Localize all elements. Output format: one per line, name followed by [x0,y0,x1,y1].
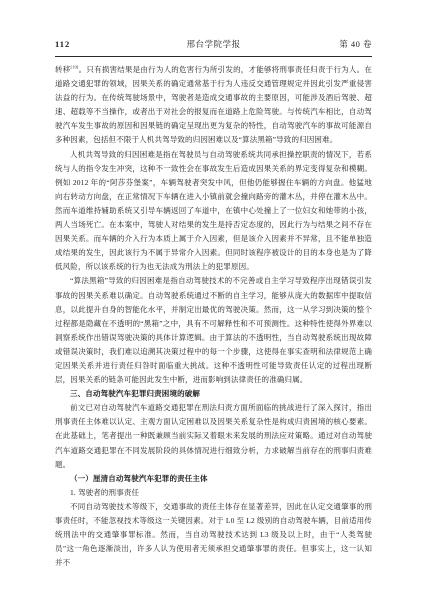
paragraph-continuation: 转移[19]。只有损害结果是由行为人的危害行为所引发的，才能够将刑事责任归责于行… [55,63,372,148]
article-body: 转移[19]。只有损害结果是由行为人的危害行为所引发的，才能够将刑事责任归责于行… [55,63,372,570]
numbered-subheading: 1. 驾驶者的刑事责任 [55,486,372,500]
page-number: 112 [55,39,125,49]
citation-reference: [19] [70,65,78,70]
paragraph-lead-text: 转移 [55,65,70,74]
paragraph-human-machine-codriving: 人机共驾导致的归因困难是指在驾驶员与自动驾驶系统共同承担操控职责的情况下，若系统… [55,148,372,275]
subsection-heading: （一）厘清自动驾驶汽车犯罪的责任主体 [55,472,372,486]
paragraph-algorithm-blackbox: “算法黑箱”导致的归因困难是指自动驾驶技术的不完善或自主学习导致程序出现错误引发… [55,274,372,387]
journal-title: 邢台学院学报 [125,38,302,50]
section-heading: 三、自动驾驶汽车犯罪归责困境的破解 [55,387,372,401]
journal-page: 112 邢台学院学报 第 40 卷 转移[19]。只有损害结果是由行为人的危害行… [0,0,427,603]
paragraph-driver-liability: 不同自动驾驶技术等级下，交通事故的责任主体存在显著差异，因此在认定交通肇事的刑事… [55,500,372,570]
page-header: 112 邢台学院学报 第 40 卷 [55,38,372,57]
paragraph-section-intro: 前文已对自动驾驶汽车道路交通犯罪在刑法归责方面所面临的挑战进行了深入探讨，指出刑… [55,401,372,471]
volume-label: 第 40 卷 [302,38,372,50]
paragraph-rest-text: 。只有损害结果是由行为人的危害行为所引发的，才能够将刑事责任归责于行为人。在道路… [55,65,372,144]
